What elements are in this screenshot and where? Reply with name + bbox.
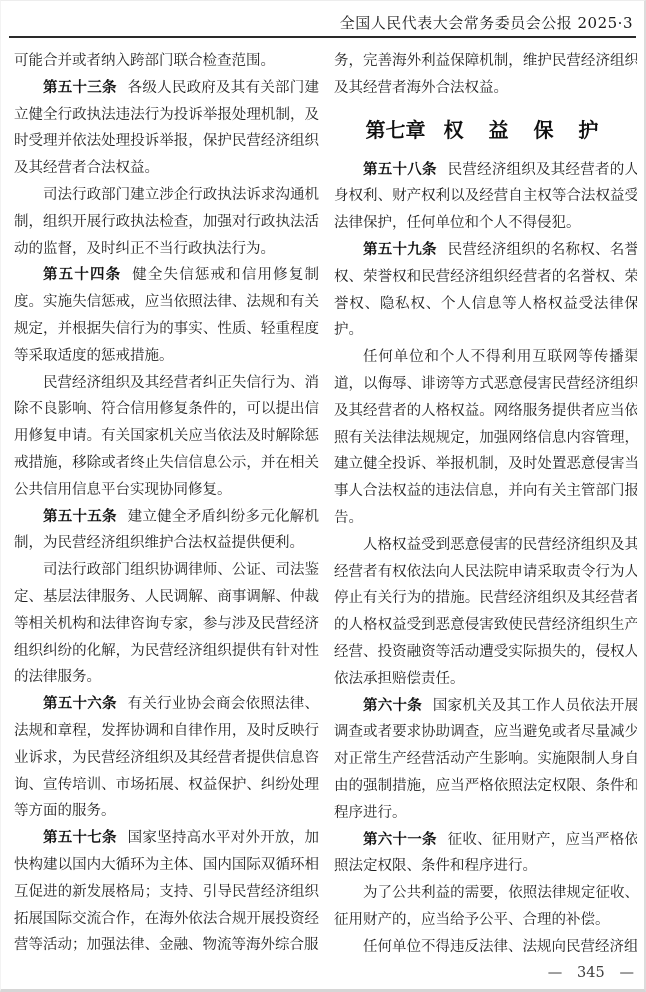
- article-54-paragraph: 第五十四条健全失信惩戒和信用修复制度。实施失信惩戒，应当依照法律、法规和有关规定…: [14, 262, 319, 369]
- article-59-subparagraph-1: 任何单位和个人不得利用互联网等传播渠道，以侮辱、诽谤等方式恶意侵害民营经济组织及…: [334, 344, 637, 532]
- left-column: 可能合并或者纳入跨部门联合检查范围。 第五十三条各级人民政府及其有关部门建立健全…: [14, 48, 319, 963]
- article-58-number: 第五十八条: [363, 162, 437, 178]
- gazette-page: 全国人民代表大会常务委员会公报 2025·3 可能合并或者纳入跨部门联合检查范围…: [0, 0, 646, 992]
- article-54-number: 第五十四条: [43, 267, 121, 283]
- paragraph-text: 司法行政部门建立涉企行政执法诉求沟通机制，组织开展行政执法检查，加强对行政执法活…: [14, 187, 319, 257]
- article-61-number: 第六十一条: [363, 832, 437, 848]
- article-56-paragraph: 第五十六条有关行业协会商会依照法律、法规和章程，发挥协调和自律作用，及时反映行业…: [14, 691, 319, 825]
- article-58-paragraph: 第五十八条民营经济组织及其经营者的人身权利、财产权利以及经营自主权等合法权益受法…: [334, 157, 637, 237]
- paragraph-text: 务，完善海外利益保障机制，维护民营经济组织及其经营者海外合法权益。: [334, 53, 637, 96]
- paragraph-text: 人格权益受到恶意侵害的民营经济组织及其经营者有权依法向人民法院申请采取责令行为人…: [334, 537, 637, 687]
- article-61-paragraph: 第六十一条征收、征用财产，应当严格依照法定权限、条件和程序进行。: [334, 827, 637, 881]
- article-57-paragraph: 第五十七条国家坚持高水平对外开放，加快构建以国内大循环为主体、国内国际双循环相互…: [14, 825, 319, 959]
- paragraph-continued-from-previous-page: 可能合并或者纳入跨部门联合检查范围。: [14, 48, 319, 75]
- article-56-number: 第五十六条: [43, 696, 117, 712]
- article-59-paragraph: 第五十九条民营经济组织的名称权、名誉权、荣誉权和民营经济组织经营者的名誉权、荣誉…: [334, 237, 637, 344]
- paragraph-text: 民营经济组织及其经营者纠正失信行为、消除不良影响、符合信用修复条件的，可以提出信…: [14, 375, 319, 498]
- article-59-number: 第五十九条: [363, 242, 437, 258]
- paragraph-text: 任何单位和个人不得利用互联网等传播渠道，以侮辱、诽谤等方式恶意侵害民营经济组织及…: [334, 349, 637, 526]
- two-column-text-area: 可能合并或者纳入跨部门联合检查范围。 第五十三条各级人民政府及其有关部门建立健全…: [14, 48, 637, 963]
- article-55-paragraph: 第五十五条建立健全矛盾纠纷多元化解机制，为民营经济组织维护合法权益提供便利。: [14, 504, 319, 558]
- paragraph-text: 任何单位不得违反法律、法规向民营经济组: [363, 939, 637, 955]
- article-61-subparagraph-2: 任何单位不得违反法律、法规向民营经济组: [334, 934, 637, 961]
- article-55-number: 第五十五条: [43, 509, 117, 525]
- article-54-subparagraph: 民营经济组织及其经营者纠正失信行为、消除不良影响、符合信用修复条件的，可以提出信…: [14, 370, 319, 504]
- paragraph-text: 有关行业协会商会依照法律、法规和章程，发挥协调和自律作用，及时反映行业诉求，为民…: [14, 696, 319, 819]
- paragraph-text: 可能合并或者纳入跨部门联合检查范围。: [14, 53, 275, 69]
- article-60-number: 第六十条: [363, 698, 422, 714]
- article-60-paragraph: 第六十条国家机关及其工作人员依法开展调查或者要求协助调查，应当避免或者尽量减少对…: [334, 693, 637, 827]
- article-55-subparagraph: 司法行政部门组织协调律师、公证、司法鉴定、基层法律服务、人民调解、商事调解、仲裁…: [14, 557, 319, 691]
- gazette-header-title: 全国人民代表大会常务委员会公报 2025·3: [340, 12, 633, 33]
- article-57-number: 第五十七条: [43, 830, 117, 846]
- chapter-7-heading: 第七章权 益 保 护: [334, 115, 637, 145]
- chapter-number: 第七章: [366, 118, 426, 142]
- paragraph-text: 国家坚持高水平对外开放，加快构建以国内大循环为主体、国内国际双循环相互促进的新发…: [14, 830, 319, 953]
- paragraph-text: 为了公共利益的需要，依照法律规定征收、征用财产的，应当给予公平、合理的补偿。: [334, 885, 637, 928]
- header-rule-divider: [9, 36, 636, 38]
- article-57-continuation: 务，完善海外利益保障机制，维护民营经济组织及其经营者海外合法权益。: [334, 48, 637, 102]
- article-53-number: 第五十三条: [43, 80, 117, 96]
- paragraph-text: 司法行政部门组织协调律师、公证、司法鉴定、基层法律服务、人民调解、商事调解、仲裁…: [14, 562, 319, 685]
- page-number: — 345 —: [548, 965, 634, 981]
- right-column: 务，完善海外利益保障机制，维护民营经济组织及其经营者海外合法权益。 第七章权 益…: [334, 48, 637, 963]
- chapter-title: 权 益 保 护: [444, 118, 608, 142]
- article-61-subparagraph-1: 为了公共利益的需要，依照法律规定征收、征用财产的，应当给予公平、合理的补偿。: [334, 880, 637, 934]
- article-53-subparagraph: 司法行政部门建立涉企行政执法诉求沟通机制，组织开展行政执法检查，加强对行政执法活…: [14, 182, 319, 262]
- paragraph-text: 国家机关及其工作人员依法开展调查或者要求协助调查，应当避免或者尽量减少对正常生产…: [334, 698, 637, 821]
- article-53-paragraph: 第五十三条各级人民政府及其有关部门建立健全行政执法违法行为投诉举报处理机制，及时…: [14, 75, 319, 182]
- article-59-subparagraph-2: 人格权益受到恶意侵害的民营经济组织及其经营者有权依法向人民法院申请采取责令行为人…: [334, 532, 637, 693]
